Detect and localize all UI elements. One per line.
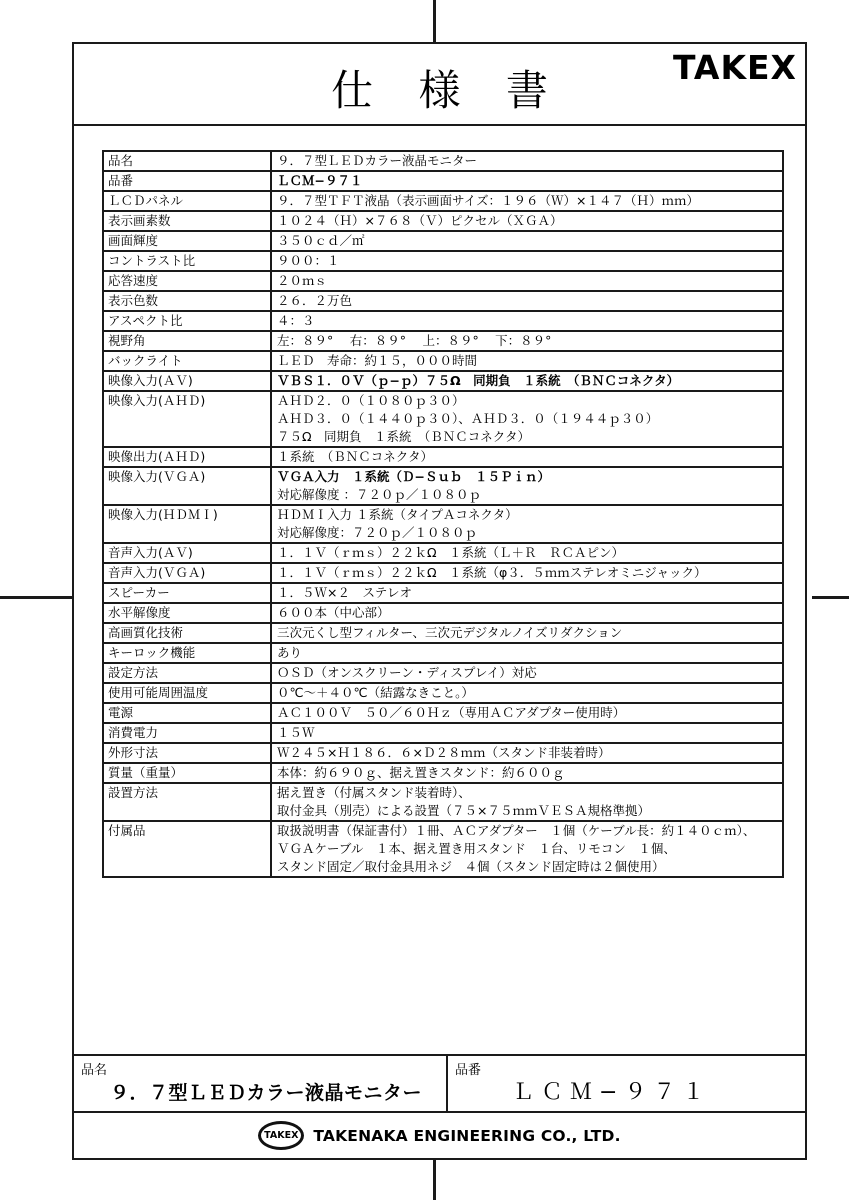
- spec-row-label: 画面輝度: [104, 232, 272, 250]
- spec-value-line: ９．７型ＴＦＴ液晶（表示画面サイズ：１９６（Ｗ）×１４７（Ｈ）ｍｍ）: [277, 192, 777, 210]
- spec-value-line: ＬＥＤ 寿命：約１５，０００時間: [277, 352, 777, 370]
- spec-value-line: スタンド固定／取付金具用ネジ ４個（スタンド固定時は２個使用）: [277, 858, 777, 876]
- spec-row: 音声入力(ＶＧＡ)１．１Ｖ（ｒｍｓ）２２ｋΩ １系統（φ３．５ｍｍステレオミニジ…: [104, 564, 782, 584]
- company-name: TAKENAKA ENGINEERING CO., LTD.: [313, 1127, 620, 1145]
- spec-row-label: 外形寸法: [104, 744, 272, 762]
- crop-mark-top: [433, 0, 436, 43]
- spec-row: 品番ＬＣＭ−９７１: [104, 172, 782, 192]
- spec-row-label: 映像入力(ＡＶ): [104, 372, 272, 390]
- spec-row-value: １．１Ｖ（ｒｍｓ）２２ｋΩ １系統（Ｌ＋Ｒ ＲＣＡピン）: [272, 544, 782, 562]
- spec-row-label: 映像入力(ＶＧＡ): [104, 468, 272, 504]
- takex-oval-logo-icon: TAKEX: [258, 1121, 304, 1150]
- spec-value-line: ０℃～＋４０℃（結露なきこと。）: [277, 684, 777, 702]
- spec-row-label: 映像入力(ＨＤＭＩ): [104, 506, 272, 542]
- spec-row-value: １．５Ｗ×２ ステレオ: [272, 584, 782, 602]
- spec-row: 映像出力(ＡＨＤ)１系統 （ＢＮＣコネクタ）: [104, 448, 782, 468]
- spec-row-value: ６００本（中心部）: [272, 604, 782, 622]
- spec-row: 設定方法ＯＳＤ（オンスクリーン・ディスプレイ）対応: [104, 664, 782, 684]
- crop-mark-left: [0, 596, 80, 599]
- spec-value-line: ＬＣＭ−９７１: [277, 172, 777, 190]
- spec-row-label: 音声入力(ＶＧＡ): [104, 564, 272, 582]
- spec-row-value: ＬＥＤ 寿命：約１５，０００時間: [272, 352, 782, 370]
- spec-row: 外形寸法Ｗ２４５×Ｈ１８６．６×Ｄ２８ｍｍ（スタンド非装着時）: [104, 744, 782, 764]
- spec-row: 視野角左：８９° 右：８９° 上：８９° 下：８９°: [104, 332, 782, 352]
- footer-id-row: 品名 ９．７型ＬＥＤカラー液晶モニター 品番 ＬＣＭ−９７１: [74, 1056, 805, 1111]
- spec-row-value: ＡＨＤ２．０（１０８０ｐ３０）ＡＨＤ３．０（１４４０ｐ３０）、ＡＨＤ３．０（１９…: [272, 392, 782, 446]
- spec-row: 音声入力(ＡＶ)１．１Ｖ（ｒｍｓ）２２ｋΩ １系統（Ｌ＋Ｒ ＲＣＡピン）: [104, 544, 782, 564]
- spec-row: キーロック機能あり: [104, 644, 782, 664]
- spec-row-value: ４：３: [272, 312, 782, 330]
- product-code-label: 品番: [455, 1059, 481, 1078]
- spec-row-label: 質量（重量）: [104, 764, 272, 782]
- spec-row-value: ０℃～＋４０℃（結露なきこと。）: [272, 684, 782, 702]
- product-code-value: ＬＣＭ−９７１: [512, 1075, 711, 1106]
- spec-value-line: ＶＧＡ入力 １系統（Ｄ−Ｓｕｂ １５Ｐｉｎ）: [277, 468, 777, 486]
- spec-row-value: １５Ｗ: [272, 724, 782, 742]
- spec-row: 水平解像度６００本（中心部）: [104, 604, 782, 624]
- spec-row-label: ＬＣＤパネル: [104, 192, 272, 210]
- spec-row-label: 消費電力: [104, 724, 272, 742]
- spec-row: 付属品取扱説明書（保証書付）１冊、ＡＣアダプター １個（ケーブル長：約１４０ｃｍ…: [104, 822, 782, 876]
- spec-value-line: ＡＨＤ２．０（１０８０ｐ３０）: [277, 392, 777, 410]
- spec-row: 応答速度２０ｍｓ: [104, 272, 782, 292]
- spec-row: 映像入力(ＡＶ)ＶＢＳ１．０Ｖ（ｐ−ｐ）７５Ω 同期負 １系統 （ＢＮＣコネクタ…: [104, 372, 782, 392]
- spec-value-line: ６００本（中心部）: [277, 604, 777, 622]
- spec-row-label: 映像出力(ＡＨＤ): [104, 448, 272, 466]
- spec-value-line: １．５Ｗ×２ ステレオ: [277, 584, 777, 602]
- spec-row-label: 品番: [104, 172, 272, 190]
- spec-row-label: 表示色数: [104, 292, 272, 310]
- spec-row-label: 設定方法: [104, 664, 272, 682]
- spec-row: 電源ＡＣ１００Ｖ ５０／６０Ｈｚ（専用ＡＣアダプター使用時）: [104, 704, 782, 724]
- spec-value-line: あり: [277, 644, 777, 662]
- footer-block: 品名 ９．７型ＬＥＤカラー液晶モニター 品番 ＬＣＭ−９７１ TAKEX TAK…: [72, 1054, 807, 1160]
- product-name-label: 品名: [81, 1059, 107, 1078]
- spec-row-value: ９００：１: [272, 252, 782, 270]
- spec-row-label: 音声入力(ＡＶ): [104, 544, 272, 562]
- spec-row-value: ３５０ｃｄ／㎡: [272, 232, 782, 250]
- spec-value-line: １系統 （ＢＮＣコネクタ）: [277, 448, 777, 466]
- spec-value-line: 三次元くし型フィルター、三次元デジタルノイズリダクション: [277, 624, 777, 642]
- spec-row-value: ＶＧＡ入力 １系統（Ｄ−Ｓｕｂ １５Ｐｉｎ）対応解像度 ：７２０ｐ／１０８０ｐ: [272, 468, 782, 504]
- spec-row-label: 品名: [104, 152, 272, 170]
- spec-row-value: ＶＢＳ１．０Ｖ（ｐ−ｐ）７５Ω 同期負 １系統 （ＢＮＣコネクタ）: [272, 372, 782, 390]
- product-name-value: ９．７型ＬＥＤカラー液晶モニター: [110, 1078, 422, 1105]
- spec-row-label: 高画質化技術: [104, 624, 272, 642]
- spec-value-line: ４：３: [277, 312, 777, 330]
- spec-row-value: ＯＳＤ（オンスクリーン・ディスプレイ）対応: [272, 664, 782, 682]
- spec-row-label: 使用可能周囲温度: [104, 684, 272, 702]
- spec-row-value: ＨＤＭＩ入力 １系統（タイプＡコネクタ）対応解像度：７２０ｐ／１０８０ｐ: [272, 506, 782, 542]
- spec-row-value: あり: [272, 644, 782, 662]
- spec-row-value: 左：８９° 右：８９° 上：８９° 下：８９°: [272, 332, 782, 350]
- spec-value-line: 対応解像度：７２０ｐ／１０８０ｐ: [277, 524, 777, 542]
- spec-row-value: １．１Ｖ（ｒｍｓ）２２ｋΩ １系統（φ３．５ｍｍステレオミニジャック）: [272, 564, 782, 582]
- spec-value-line: １．１Ｖ（ｒｍｓ）２２ｋΩ １系統（Ｌ＋Ｒ ＲＣＡピン）: [277, 544, 777, 562]
- spec-value-line: １０２４（Ｈ）×７６８（Ｖ）ピクセル（ＸＧＡ）: [277, 212, 777, 230]
- spec-row: 表示色数２６．２万色: [104, 292, 782, 312]
- spec-value-line: ２０ｍｓ: [277, 272, 777, 290]
- spec-row-label: アスペクト比: [104, 312, 272, 330]
- spec-row-value: ＬＣＭ−９７１: [272, 172, 782, 190]
- crop-mark-right: [812, 596, 849, 599]
- spec-row-label: コントラスト比: [104, 252, 272, 270]
- spec-row-label: 映像入力(ＡＨＤ): [104, 392, 272, 446]
- company-bar: TAKEX TAKENAKA ENGINEERING CO., LTD.: [74, 1111, 805, 1158]
- spec-row: バックライトＬＥＤ 寿命：約１５，０００時間: [104, 352, 782, 372]
- spec-row: 表示画素数１０２４（Ｈ）×７６８（Ｖ）ピクセル（ＸＧＡ）: [104, 212, 782, 232]
- crop-mark-bottom: [433, 1158, 436, 1200]
- spec-value-line: ２６．２万色: [277, 292, 777, 310]
- spec-row-value: ９．７型ＬＥＤカラー液晶モニター: [272, 152, 782, 170]
- spec-row-label: スピーカー: [104, 584, 272, 602]
- spec-row: アスペクト比４：３: [104, 312, 782, 332]
- spec-row-label: キーロック機能: [104, 644, 272, 662]
- takex-oval-logo-text: TAKEX: [264, 1130, 298, 1141]
- spec-row-value: 本体：約６９０ｇ、据え置きスタンド：約６００ｇ: [272, 764, 782, 782]
- spec-value-line: １．１Ｖ（ｒｍｓ）２２ｋΩ １系統（φ３．５ｍｍステレオミニジャック）: [277, 564, 777, 582]
- spec-row-label: 視野角: [104, 332, 272, 350]
- spec-value-line: 据え置き（付属スタンド装着時）、: [277, 784, 777, 802]
- spec-row-value: ２６．２万色: [272, 292, 782, 310]
- spec-row: コントラスト比９００：１: [104, 252, 782, 272]
- footer-product-code-cell: 品番 ＬＣＭ−９７１: [448, 1056, 805, 1111]
- spec-row-label: 付属品: [104, 822, 272, 876]
- sheet-frame: 仕 様 書 TAKEX 品名９．７型ＬＥＤカラー液晶モニター品番ＬＣＭ−９７１Ｌ…: [72, 42, 807, 1160]
- spec-value-line: Ｗ２４５×Ｈ１８６．６×Ｄ２８ｍｍ（スタンド非装着時）: [277, 744, 777, 762]
- spec-row-label: 電源: [104, 704, 272, 722]
- spec-sheet-page: 仕 様 書 TAKEX 品名９．７型ＬＥＤカラー液晶モニター品番ＬＣＭ−９７１Ｌ…: [0, 0, 849, 1200]
- spec-row-value: ＡＣ１００Ｖ ５０／６０Ｈｚ（専用ＡＣアダプター使用時）: [272, 704, 782, 722]
- spec-value-line: 本体：約６９０ｇ、据え置きスタンド：約６００ｇ: [277, 764, 777, 782]
- spec-row: 質量（重量）本体：約６９０ｇ、据え置きスタンド：約６００ｇ: [104, 764, 782, 784]
- takex-logo: TAKEX: [673, 48, 797, 87]
- spec-row-label: 設置方法: [104, 784, 272, 820]
- spec-row: 映像入力(ＡＨＤ)ＡＨＤ２．０（１０８０ｐ３０）ＡＨＤ３．０（１４４０ｐ３０）、…: [104, 392, 782, 448]
- spec-row-label: バックライト: [104, 352, 272, 370]
- spec-row-value: 取扱説明書（保証書付）１冊、ＡＣアダプター １個（ケーブル長：約１４０ｃｍ）、Ｖ…: [272, 822, 782, 876]
- spec-value-line: ９００：１: [277, 252, 777, 270]
- spec-row-value: ９．７型ＴＦＴ液晶（表示画面サイズ：１９６（Ｗ）×１４７（Ｈ）ｍｍ）: [272, 192, 782, 210]
- spec-row: 消費電力１５Ｗ: [104, 724, 782, 744]
- spec-row: 映像入力(ＶＧＡ)ＶＧＡ入力 １系統（Ｄ−Ｓｕｂ １５Ｐｉｎ）対応解像度 ：７２…: [104, 468, 782, 506]
- spec-row-value: 据え置き（付属スタンド装着時）、取付金具（別売）による設置（７５×７５ｍｍＶＥＳ…: [272, 784, 782, 820]
- spec-row: 使用可能周囲温度０℃～＋４０℃（結露なきこと。）: [104, 684, 782, 704]
- spec-row: 設置方法据え置き（付属スタンド装着時）、取付金具（別売）による設置（７５×７５ｍ…: [104, 784, 782, 822]
- spec-row-value: １系統 （ＢＮＣコネクタ）: [272, 448, 782, 466]
- spec-value-line: ＯＳＤ（オンスクリーン・ディスプレイ）対応: [277, 664, 777, 682]
- footer-product-name-cell: 品名 ９．７型ＬＥＤカラー液晶モニター: [74, 1056, 448, 1111]
- spec-value-line: ７５Ω 同期負 １系統 （ＢＮＣコネクタ）: [277, 428, 777, 446]
- spec-row-value: ２０ｍｓ: [272, 272, 782, 290]
- spec-value-line: ＡＨＤ３．０（１４４０ｐ３０）、ＡＨＤ３．０（１９４４ｐ３０）: [277, 410, 777, 428]
- spec-row-label: 水平解像度: [104, 604, 272, 622]
- spec-row-value: Ｗ２４５×Ｈ１８６．６×Ｄ２８ｍｍ（スタンド非装着時）: [272, 744, 782, 762]
- spec-row: ＬＣＤパネル９．７型ＴＦＴ液晶（表示画面サイズ：１９６（Ｗ）×１４７（Ｈ）ｍｍ）: [104, 192, 782, 212]
- header-band: 仕 様 書 TAKEX: [74, 44, 805, 126]
- spec-row: 高画質化技術三次元くし型フィルター、三次元デジタルノイズリダクション: [104, 624, 782, 644]
- spec-value-line: 取扱説明書（保証書付）１冊、ＡＣアダプター １個（ケーブル長：約１４０ｃｍ）、: [277, 822, 777, 840]
- spec-value-line: ９．７型ＬＥＤカラー液晶モニター: [277, 152, 777, 170]
- spec-row-label: 表示画素数: [104, 212, 272, 230]
- spec-row-value: 三次元くし型フィルター、三次元デジタルノイズリダクション: [272, 624, 782, 642]
- spec-row: 品名９．７型ＬＥＤカラー液晶モニター: [104, 152, 782, 172]
- spec-row: 画面輝度３５０ｃｄ／㎡: [104, 232, 782, 252]
- spec-value-line: １５Ｗ: [277, 724, 777, 742]
- spec-table: 品名９．７型ＬＥＤカラー液晶モニター品番ＬＣＭ−９７１ＬＣＤパネル９．７型ＴＦＴ…: [102, 150, 784, 878]
- spec-value-line: ＶＢＳ１．０Ｖ（ｐ−ｐ）７５Ω 同期負 １系統 （ＢＮＣコネクタ）: [277, 372, 777, 390]
- spec-value-line: ＡＣ１００Ｖ ５０／６０Ｈｚ（専用ＡＣアダプター使用時）: [277, 704, 777, 722]
- spec-row: 映像入力(ＨＤＭＩ)ＨＤＭＩ入力 １系統（タイプＡコネクタ）対応解像度：７２０ｐ…: [104, 506, 782, 544]
- spec-value-line: 取付金具（別売）による設置（７５×７５ｍｍＶＥＳＡ規格準拠）: [277, 802, 777, 820]
- spec-row-value: １０２４（Ｈ）×７６８（Ｖ）ピクセル（ＸＧＡ）: [272, 212, 782, 230]
- spec-row-label: 応答速度: [104, 272, 272, 290]
- spec-value-line: 左：８９° 右：８９° 上：８９° 下：８９°: [277, 332, 777, 350]
- spec-value-line: ＨＤＭＩ入力 １系統（タイプＡコネクタ）: [277, 506, 777, 524]
- spec-value-line: ３５０ｃｄ／㎡: [277, 232, 777, 250]
- spec-value-line: ＶＧＡケーブル １本、据え置き用スタンド １台、リモコン １個、: [277, 840, 777, 858]
- spec-row: スピーカー１．５Ｗ×２ ステレオ: [104, 584, 782, 604]
- spec-value-line: 対応解像度 ：７２０ｐ／１０８０ｐ: [277, 486, 777, 504]
